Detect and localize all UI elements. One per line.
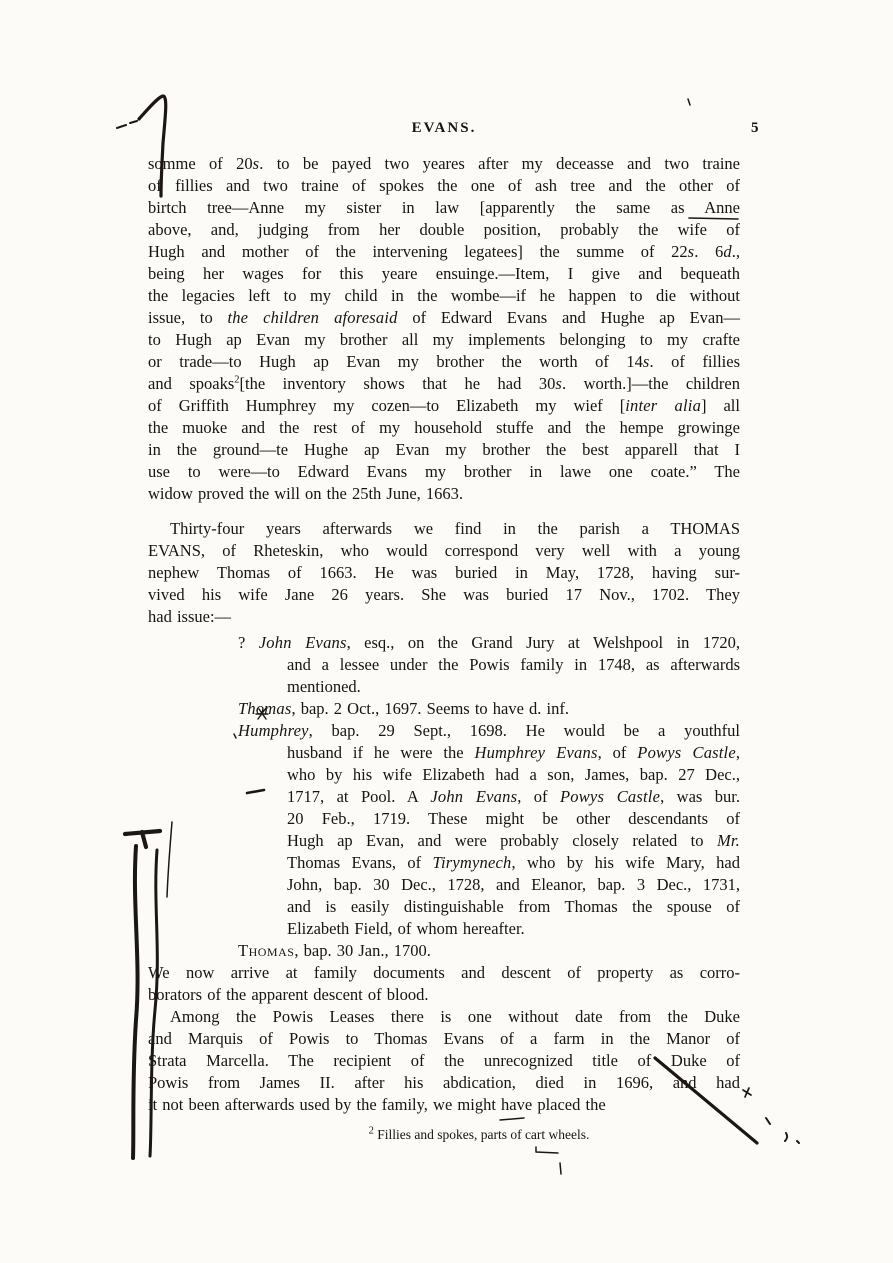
text-line: We now arrive at family documents and de… — [148, 962, 740, 984]
text-line: Elizabeth Field, of whom hereafter. — [287, 918, 740, 940]
issue-list-item: Thomas, bap. 2 Oct., 1697. Seems to have… — [287, 698, 740, 720]
text-line: of Griffith Humphrey my cozen—to Elizabe… — [148, 395, 740, 417]
issue-list-item: Humphrey, bap. 29 Sept., 1698. He would … — [287, 720, 740, 940]
text-line: and a lessee under the Powis family in 1… — [287, 654, 740, 676]
text-line: ? John Evans, esq., on the Grand Jury at… — [287, 632, 740, 654]
paragraph: We now arrive at family documents and de… — [148, 962, 740, 1006]
text-line: the muoke and the rest of my household s… — [148, 417, 740, 439]
text-line: widow proved the will on the 25th June, … — [148, 483, 740, 505]
issue-list: ? John Evans, esq., on the Grand Jury at… — [148, 632, 740, 962]
text-line: mentioned. — [287, 676, 740, 698]
text-line: and Marquis of Powis to Thomas Evans of … — [148, 1028, 740, 1050]
footnote: 2 Fillies and spokes, parts of cart whee… — [148, 1127, 740, 1143]
text-line: Thomas Evans, of Tirymynech, who by his … — [287, 852, 740, 874]
text-line: above, and, judging from her double posi… — [148, 219, 740, 241]
page-body-text: somme of 20s. to be payed two yeares aft… — [148, 153, 740, 1116]
scanned-book-page: EVANS. 5 somme of 20s. to be payed two y… — [0, 0, 893, 1263]
scratch-mark-icon — [743, 1088, 751, 1097]
text-line: issue, to the children aforesaid of Edwa… — [148, 307, 740, 329]
text-line: and is easily distinguishable from Thoma… — [287, 896, 740, 918]
text-line: use to were—to Edward Evans my brother i… — [148, 461, 740, 483]
text-line: in the ground—te Hughe ap Evan my brothe… — [148, 439, 740, 461]
text-line: Hugh and mother of the intervening legat… — [148, 241, 740, 263]
page-number: 5 — [751, 120, 759, 137]
text-line: birtch tree—Anne my sister in law [appar… — [148, 197, 740, 219]
stray-tick-icon — [688, 99, 690, 105]
text-line: and spoaks2[the inventory shows that he … — [148, 373, 740, 395]
text-line: nephew Thomas of 1663. He was buried in … — [148, 562, 740, 584]
paragraph: Thirty-four years afterwards we find in … — [148, 518, 740, 628]
text-line: husband if he were the Humphrey Evans, o… — [287, 742, 740, 764]
text-line: Thirty-four years afterwards we find in … — [148, 518, 740, 540]
text-line: vived his wife Jane 26 years. She was bu… — [148, 584, 740, 606]
text-line: Powis from James II. after his abdicatio… — [148, 1072, 740, 1094]
text-line: Thomas, bap. 2 Oct., 1697. Seems to have… — [287, 698, 740, 720]
issue-list-item: ? John Evans, esq., on the Grand Jury at… — [287, 632, 740, 698]
text-line: of fillies and two traine of spokes the … — [148, 175, 740, 197]
text-line: had issue:— — [148, 606, 740, 628]
text-line: Among the Powis Leases there is one with… — [148, 1006, 740, 1028]
text-line: somme of 20s. to be payed two yeares aft… — [148, 153, 740, 175]
text-line: the legacies left to my child in the wom… — [148, 285, 740, 307]
text-line: who by his wife Elizabeth had a son, Jam… — [287, 764, 740, 786]
text-line: being her wages for this yeare ensuinge.… — [148, 263, 740, 285]
text-line: Thomas, bap. 30 Jan., 1700. — [287, 940, 740, 962]
text-line: borators of the apparent descent of bloo… — [148, 984, 740, 1006]
text-line: Strata Marcella. The recipient of the un… — [148, 1050, 740, 1072]
paragraph: Among the Powis Leases there is one with… — [148, 1006, 740, 1116]
text-line: 20 Feb., 1719. These might be other desc… — [287, 808, 740, 830]
running-header: EVANS. 5 — [148, 120, 740, 142]
issue-list-item: Thomas, bap. 30 Jan., 1700. — [287, 940, 740, 962]
text-line: John, bap. 30 Dec., 1728, and Eleanor, b… — [287, 874, 740, 896]
vertical-ink-stroke-icon — [133, 846, 138, 1158]
hook-pen-dash-icon — [117, 121, 137, 128]
running-header-title: EVANS. — [148, 120, 740, 137]
text-line: it not been afterwards used by the famil… — [148, 1094, 740, 1116]
text-line: EVANS, of Rheteskin, who would correspon… — [148, 540, 740, 562]
text-line: Hugh ap Evan, and were probably closely … — [287, 830, 740, 852]
text-line: Humphrey, bap. 29 Sept., 1698. He would … — [287, 720, 740, 742]
text-line: to Hugh ap Evan my brother all my implem… — [148, 329, 740, 351]
text-line: or trade—to Hugh ap Evan my brother the … — [148, 351, 740, 373]
paragraph: somme of 20s. to be payed two yeares aft… — [148, 153, 740, 505]
text-line: 1717, at Pool. A John Evans, of Powys Ca… — [287, 786, 740, 808]
slash-companion-marks-icon — [766, 1118, 799, 1143]
